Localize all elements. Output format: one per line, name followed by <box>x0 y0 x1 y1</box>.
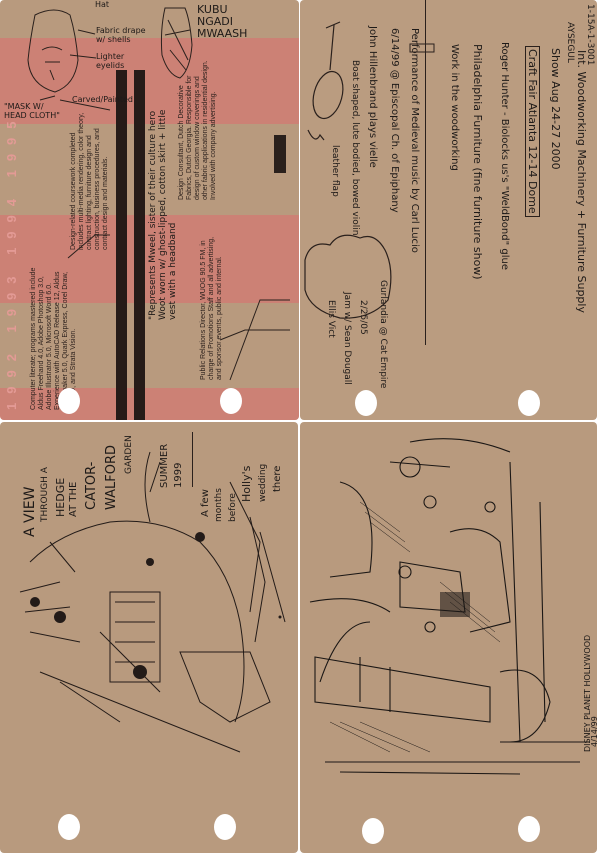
garden-sketch-card: A VIEW THROUGH A HEDGE AT THE CATOR- WAL… <box>0 422 298 853</box>
punch-hole <box>220 388 242 414</box>
punch-hole <box>518 816 540 842</box>
garden-drawing <box>0 422 298 853</box>
planet-hollywood-drawing <box>300 422 597 853</box>
punch-hole <box>362 818 384 844</box>
disney-sketch-card: DISNEY PLANET HOLLYWOOD 4/14/99 <box>300 422 597 853</box>
mask-sketches <box>0 0 299 420</box>
punch-hole <box>518 390 540 416</box>
punch-hole <box>355 390 377 416</box>
punch-hole <box>58 814 80 840</box>
vielle-sketch <box>300 0 597 420</box>
notes-card: 1-15A-1-3001 AYSEGUL Int. Woodworking Ma… <box>300 0 597 420</box>
punch-hole <box>58 388 80 414</box>
resume-card: 1992 1993 1994 1995 Computer literate; p… <box>0 0 299 420</box>
punch-hole <box>214 814 236 840</box>
